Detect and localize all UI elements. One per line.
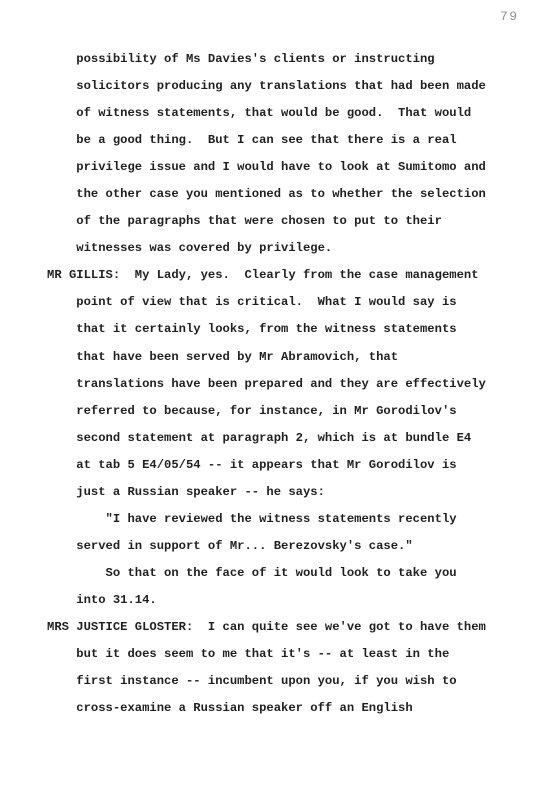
transcript-line: point of view that is critical. What I w… bbox=[47, 289, 547, 316]
transcript-line: referred to because, for instance, in Mr… bbox=[47, 398, 547, 425]
transcript-line: witnesses was covered by privilege. bbox=[47, 235, 547, 262]
transcript-line: cross-examine a Russian speaker off an E… bbox=[47, 695, 547, 722]
transcript-line: second statement at paragraph 2, which i… bbox=[47, 425, 547, 452]
transcript-line: of witness statements, that would be goo… bbox=[47, 100, 547, 127]
transcript-line: solicitors producing any translations th… bbox=[47, 73, 547, 100]
transcript-line: just a Russian speaker -- he says: bbox=[47, 479, 547, 506]
transcript-line: the other case you mentioned as to wheth… bbox=[47, 181, 547, 208]
transcript-line: So that on the face of it would look to … bbox=[47, 560, 547, 587]
transcript-line: MR GILLIS: My Lady, yes. Clearly from th… bbox=[47, 262, 547, 289]
transcript-line: that have been served by Mr Abramovich, … bbox=[47, 344, 547, 371]
transcript-line: privilege issue and I would have to look… bbox=[47, 154, 547, 181]
transcript-page: 79 possibility of Ms Davies's clients or… bbox=[0, 0, 558, 789]
transcript-line: into 31.14. bbox=[47, 587, 547, 614]
transcript-line: that it certainly looks, from the witnes… bbox=[47, 316, 547, 343]
transcript-line: possibility of Ms Davies's clients or in… bbox=[47, 46, 547, 73]
transcript-line: translations have been prepared and they… bbox=[47, 371, 547, 398]
transcript-line: at tab 5 E4/05/54 -- it appears that Mr … bbox=[47, 452, 547, 479]
page-number: 79 bbox=[500, 9, 519, 24]
transcript-line: served in support of Mr... Berezovsky's … bbox=[47, 533, 547, 560]
transcript-line: but it does seem to me that it's -- at l… bbox=[47, 641, 547, 668]
transcript-line: be a good thing. But I can see that ther… bbox=[47, 127, 547, 154]
transcript-line: first instance -- incumbent upon you, if… bbox=[47, 668, 547, 695]
transcript-lines: possibility of Ms Davies's clients or in… bbox=[47, 46, 547, 722]
transcript-line: MRS JUSTICE GLOSTER: I can quite see we'… bbox=[47, 614, 547, 641]
transcript-line: of the paragraphs that were chosen to pu… bbox=[47, 208, 547, 235]
transcript-line: "I have reviewed the witness statements … bbox=[47, 506, 547, 533]
